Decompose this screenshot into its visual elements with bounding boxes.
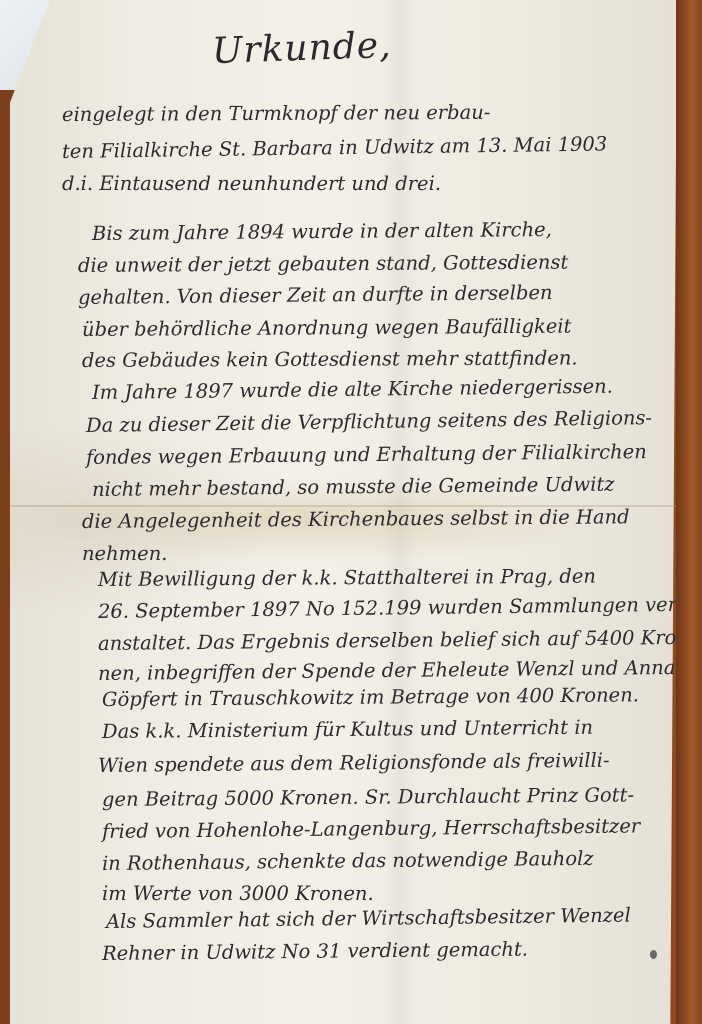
photo-scene: Urkunde, eingelegt in den Turmknopf der …	[0, 0, 702, 1024]
body-line: Bis zum Jahre 1894 wurde in der alten Ki…	[92, 218, 552, 245]
body-line: die Angelegenheit des Kirchenbaues selbs…	[82, 505, 630, 533]
ink-spot	[650, 950, 657, 959]
body-line: Das k.k. Ministerium für Kultus und Unte…	[102, 716, 593, 743]
body-line: die unweit der jetzt gebauten stand, Got…	[78, 251, 568, 277]
body-line: nehmen.	[82, 542, 167, 565]
body-line: des Gebäudes kein Gottesdienst mehr stat…	[82, 346, 578, 372]
header-line: eingelegt in den Turmknopf der neu erbau…	[62, 101, 490, 126]
body-line: über behördliche Anordnung wegen Baufäll…	[82, 315, 572, 341]
wooden-desk-edge	[676, 0, 702, 1024]
body-line: Mit Bewilligung der k.k. Statthalterei i…	[98, 565, 596, 591]
header-line: d.i. Eintausend neunhundert und drei.	[62, 172, 441, 195]
body-line: Göpfert in Trauschkowitz im Betrage von …	[102, 683, 639, 711]
document-title: Urkunde,	[211, 25, 392, 72]
body-line: Rehner in Udwitz No 31 verdient gemacht.	[102, 938, 528, 965]
body-line: im Werte von 3000 Kronen.	[102, 882, 374, 905]
body-line: gen Beitrag 5000 Kronen. Sr. Durchlaucht…	[102, 783, 634, 811]
